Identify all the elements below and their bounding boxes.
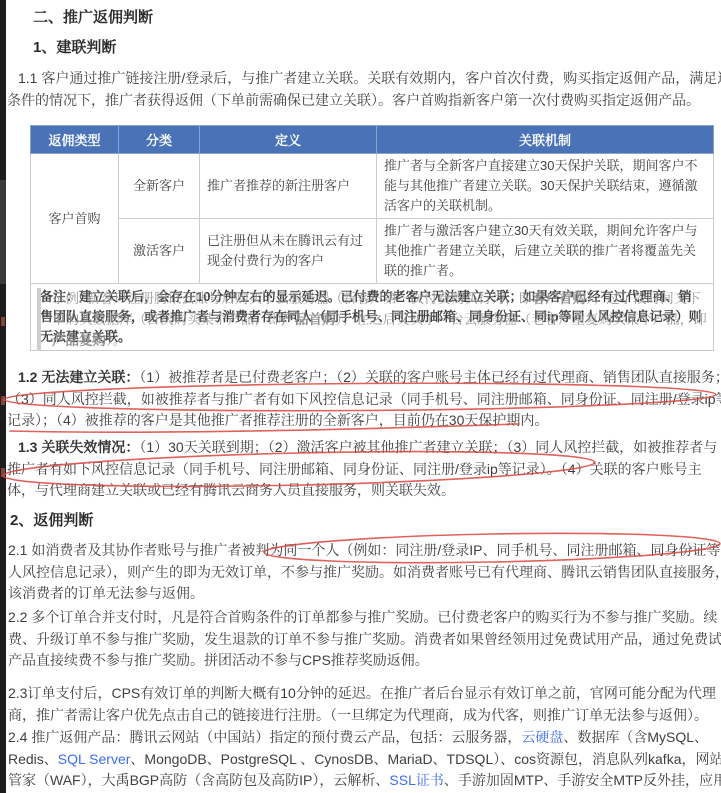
subsection-heading-1: 1、建联判断 [33, 38, 116, 58]
table-row: 客户首购 全新客户 推广者推荐的新注册客户 推广者与全新客户直接建立30天保护关… [31, 154, 714, 219]
col-header-definition: 定义 [200, 126, 377, 154]
document-page: 二、推广返佣判断 1、建联判断 1.1 客户通过推广链接注册/登录后，与推广者建… [0, 0, 721, 793]
paragraph-2-2: 2.2 多个订单合并支付时，凡是符合首购条件的订单都参与推广奖励。已付费老客户的… [8, 607, 721, 672]
col-header-rebate-type: 返佣类型 [31, 126, 119, 154]
cell-definition-activated: 已注册但从未在腾讯云有过现金付费行为的客户 [200, 219, 377, 284]
scrollbar-thumb[interactable] [0, 180, 6, 284]
paragraph-1-2: 1.2 无法建立关联：（1）被推荐者是已付费老客户；（2）关联的客户账号主体已经… [7, 367, 721, 432]
cell-category-activated: 激活客户 [119, 219, 200, 284]
col-header-mechanism: 关联机制 [377, 126, 714, 154]
subsection-heading-2: 2、返佣判断 [10, 511, 93, 531]
annotation-marker [1, 468, 5, 477]
cell-category-new: 全新客户 [119, 154, 200, 219]
cell-mechanism-new: 推广者与全新客户直接建立30天保护关联，期间客户不能与其他推广者建立关联。30天… [377, 154, 714, 219]
paragraph-2-3: 2.3订单支付后，CPS有效订单的判断大概有10分钟的延迟。在推广者后台显示有效… [8, 683, 716, 726]
label-association-expiry: 1.3 关联失效情况： [18, 439, 139, 455]
cell-rebate-type: 客户首购 [31, 154, 119, 284]
window-edge-scrollbar[interactable] [0, 0, 6, 793]
term-customer-first-purchase: 客户首购 [532, 291, 586, 306]
link-cloud-disk[interactable]: 云硬盘 [521, 729, 563, 745]
example-line1: 示例: 新客户注册腾讯云账号后购买了云服务器（新客户第一次付费购买行为，即 [52, 291, 532, 306]
annotation-marker [1, 396, 5, 405]
paragraph-1-1: 1.1 客户通过推广链接注册/登录后，与推广者建立关联。关联有效期内，客户首次付… [7, 68, 721, 111]
link-sql-server[interactable]: SQL Server [58, 751, 131, 767]
term-product-first-purchase: 产品首购 [282, 312, 336, 327]
cell-mechanism-activated: 推广者与激活客户建立30天有效关联，期间允许客户与其他推广者建立关联，后建立关联… [377, 219, 714, 284]
link-ssl-cert[interactable]: SSL证书 [389, 772, 443, 788]
table-row: 激活客户 已注册但从未在腾讯云有过现金付费行为的客户 推广者与激活客户建立30天… [31, 219, 714, 284]
table-header-row: 返佣类型 分类 定义 关联机制 [31, 126, 714, 154]
paragraph-1-3: 1.3 关联失效情况：（1）30天关联到期；（2）激活客户被其他推广者建立关联；… [7, 437, 717, 502]
cell-definition-new: 推广者推荐的新注册客户 [200, 154, 377, 219]
label-cannot-establish: 1.2 无法建立关联： [18, 369, 139, 385]
example-blockquote: 示例: 新客户注册腾讯云账号后购买了云服务器（新客户第一次付费购买行为，即客户首… [37, 288, 707, 351]
col-header-category: 分类 [119, 126, 200, 154]
annotation-marker [1, 317, 5, 326]
paragraph-2-4: 2.4 推广返佣产品：腾讯云网站（中国站）指定的预付费云产品，包括：云服务器，云… [8, 727, 721, 792]
section-heading-2: 二、推广返佣判断 [33, 8, 153, 28]
example-line2: 单购买数据库（首次购买某个产品，即 [52, 312, 282, 327]
paragraph-2-1: 2.1 如消费者及其协作者账号与推广者被判为同一个人（例如：同注册/登录IP、同… [8, 540, 721, 605]
term-product-repurchase: 产品复购 [52, 333, 106, 348]
